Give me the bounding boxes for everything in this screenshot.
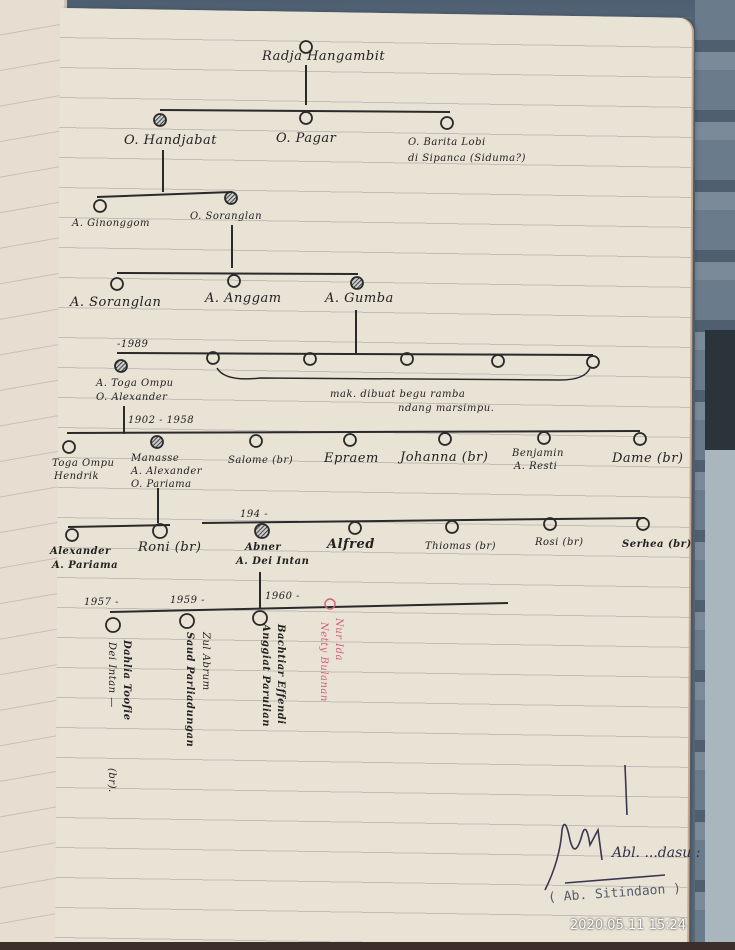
gen6-member-sub: Hendrik — [54, 470, 99, 484]
gen8-member-sub: Anggiat Parulian — [258, 624, 272, 727]
bracket-note-line1: mak. dibuat begu ramba — [330, 388, 465, 402]
gen7-member-sub: A. Pariama — [52, 559, 118, 573]
gen5-member-line2: O. Alexander — [96, 391, 167, 405]
gen7-member: Thiomas (br) — [425, 540, 496, 554]
photo-timestamp: 2020.05.11 15:24 — [570, 918, 686, 933]
gen8-year: 1960 - — [265, 590, 300, 604]
gen8-year: 1957 - — [84, 596, 119, 610]
gen8-member: Bachtiar Effendi — [273, 624, 287, 725]
gen5-member-line1: A. Toga Ompu — [96, 377, 174, 391]
gen2-member: O. Handjabat — [124, 134, 217, 148]
gen6-member-sub: O. Pariama — [131, 478, 192, 492]
gen4-member: A. Gumba — [325, 292, 394, 306]
gen6-member: Dame (br) — [612, 452, 684, 466]
gen7-member: Alfred — [327, 538, 375, 552]
gen8-member-red-sub: Netty Bulanan — [316, 622, 330, 702]
gen7-member: Roni (br) — [138, 541, 201, 555]
gen8-member-suffix: (br). — [104, 768, 118, 793]
gen7-member: Abner — [245, 541, 281, 555]
gen7-year: 194 - — [240, 508, 268, 522]
gen6-year: 1902 - 1958 — [128, 414, 194, 428]
gen6-member-sub: A. Resti — [514, 460, 557, 474]
root-name: Radja Hangambit — [262, 50, 385, 64]
gen6-member: Salome (br) — [228, 454, 293, 468]
gen2-member: O. Pagar — [276, 132, 336, 146]
gen8-member-sub: Saud Parliadungan — [182, 632, 196, 747]
gen2-member: O. Barita Lobi — [408, 136, 486, 150]
gen6-member: Epraem — [324, 452, 379, 466]
gen5-year: -1989 — [117, 338, 148, 352]
gen7-member: Alexander — [50, 545, 111, 559]
gen7-member-sub: A. Dei Intan — [236, 555, 309, 569]
gen4-member: A. Soranglan — [70, 296, 161, 310]
gen2-note: di Sipanca (Siduma?) — [408, 152, 526, 166]
gen8-year: 1959 - — [170, 594, 205, 608]
gen6-member: Toga Ompu — [52, 457, 114, 471]
gen8-member-sub: Dei Intan — — [104, 642, 118, 708]
signature: Abl. ...dasu : — [612, 845, 700, 861]
gen7-member: Serhea (br) — [622, 538, 692, 552]
gen4-member: A. Anggam — [205, 292, 282, 306]
gen3-member: A. Ginonggom — [72, 217, 150, 231]
gen6-member-sub: A. Alexander — [131, 465, 202, 479]
gen6-member: Benjamin — [512, 447, 564, 461]
gen8-member-red: Nur Ida — [331, 618, 345, 661]
table-edge — [0, 942, 735, 950]
family-tree-lines — [0, 0, 735, 950]
gen8-member: Dahlia Toofie — [119, 640, 133, 721]
bracket-note-line2: ndang marsimpu. — [398, 402, 494, 416]
gen6-member: Johanna (br) — [400, 451, 488, 465]
gen7-member: Rosi (br) — [535, 536, 584, 550]
gen6-member: Manasse — [131, 452, 179, 466]
gen3-member: O. Soranglan — [190, 210, 262, 224]
gen8-member: Zul Abrum — [198, 632, 212, 691]
